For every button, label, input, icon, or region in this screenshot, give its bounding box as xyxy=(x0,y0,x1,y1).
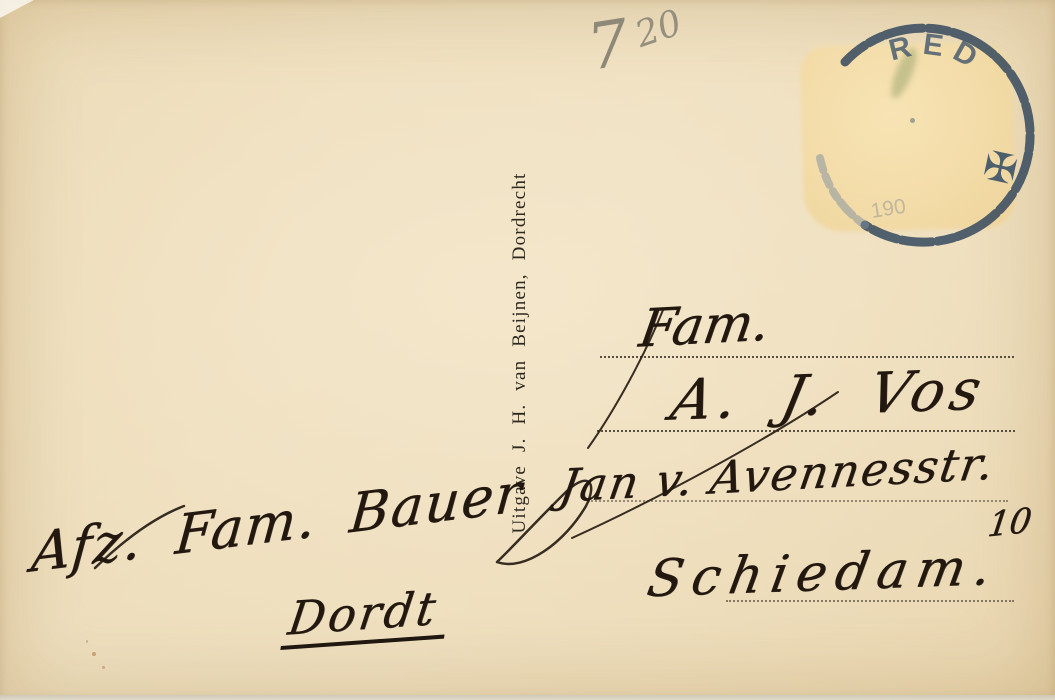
ink-speck xyxy=(910,118,915,123)
pencil-price-main: 7 xyxy=(583,11,633,81)
paper-speckle xyxy=(92,652,96,656)
paper-speckle xyxy=(102,666,105,669)
pencil-price-superscript: 20 xyxy=(631,5,686,54)
address-salutation: Fam. xyxy=(636,296,774,355)
pencil-price-mark: 720 xyxy=(585,8,677,79)
sender-place-underlined: Dordt xyxy=(280,584,451,650)
postcard-back: 720 Uitgave J. H. van Beijnen, Dordrecht… xyxy=(0,0,1055,700)
scan-bottom-edge xyxy=(0,695,1055,700)
address-house-number: 10 xyxy=(986,503,1034,542)
paper-speckle xyxy=(86,640,88,643)
scan-corner-artifact xyxy=(0,0,34,18)
address-street: Jan v. Avennesstr. xyxy=(557,440,999,508)
address-city: Schiedam. xyxy=(644,542,1004,606)
sender-line: Afz. Fam. Bauer xyxy=(29,465,525,580)
address-rule-2 xyxy=(597,430,1015,432)
address-name: A. J. Vos xyxy=(666,362,991,429)
